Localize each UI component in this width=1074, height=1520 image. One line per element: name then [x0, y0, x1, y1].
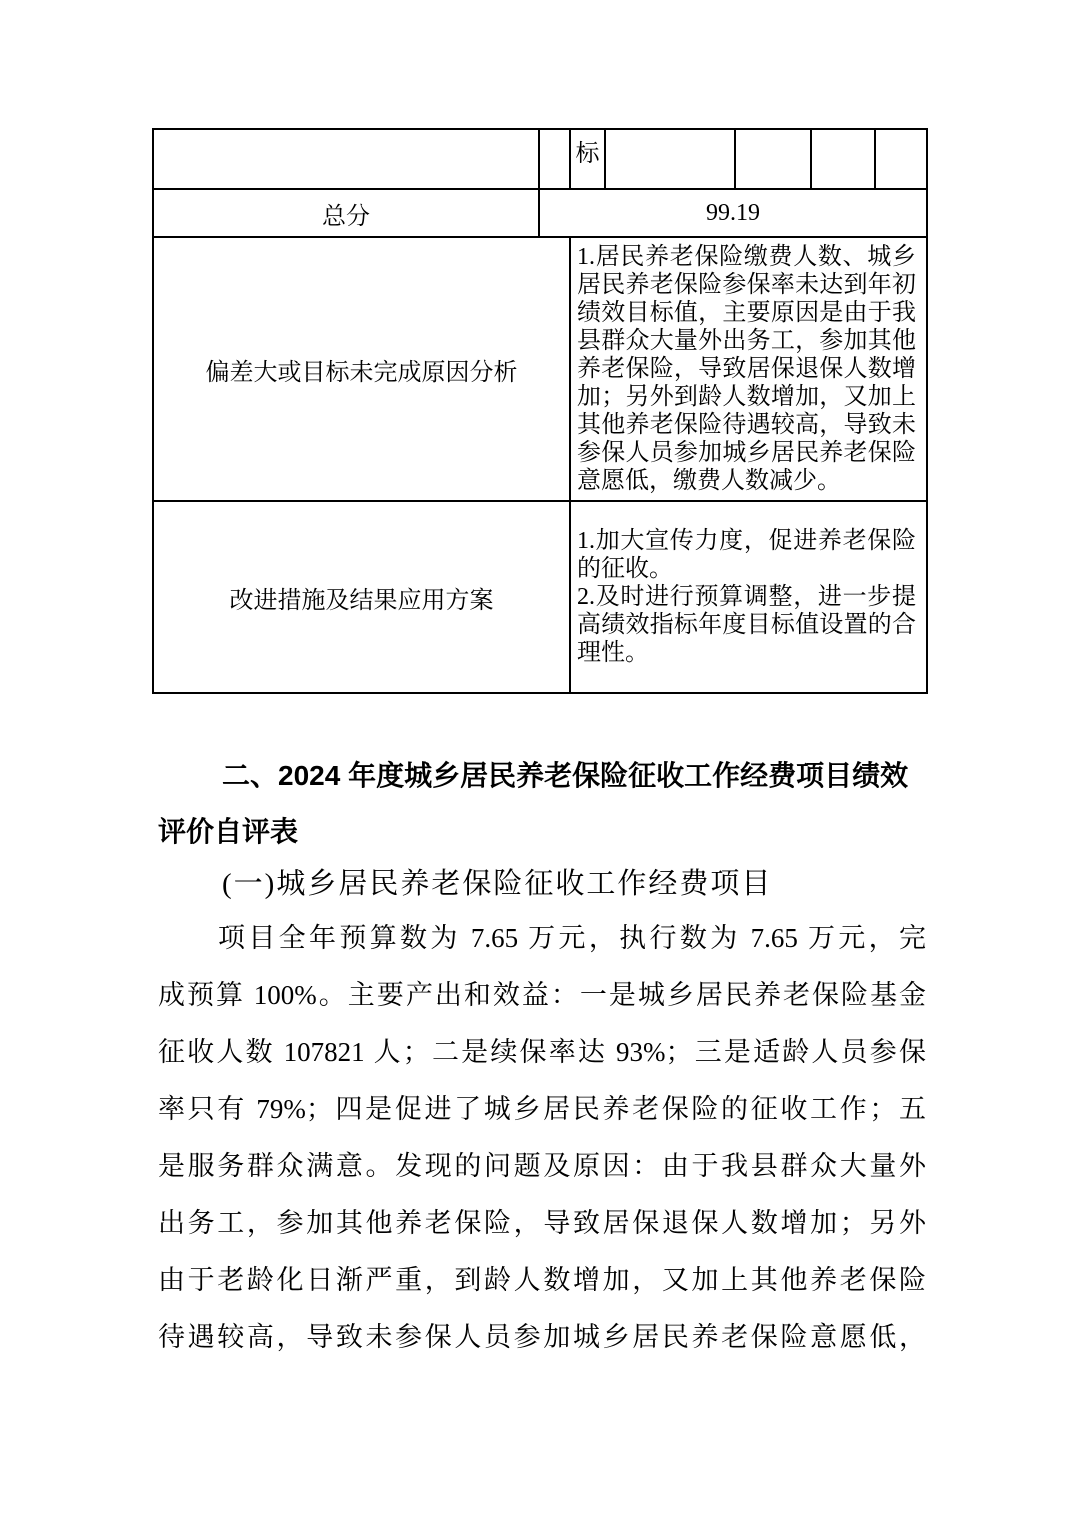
body-line: 是服务群众满意。发现的问题及原因：由于我县群众大量外 — [158, 1138, 926, 1195]
section-subheading: (一)城乡居民养老保险征收工作经费项目 — [158, 856, 926, 912]
partial-cell-1 — [154, 130, 538, 188]
section-heading-line1: 二、2024 年度城乡居民养老保险征收工作经费项目绩效 — [158, 748, 926, 804]
improvement-measures-content: 1.加大宣传力度，促进养老保险的征收。 2.及时进行预算调整，进一步提高绩效指标… — [569, 502, 926, 692]
body-paragraph: 项目全年预算数为 7.65 万元，执行数为 7.65 万元，完 成预算 100%… — [158, 910, 926, 1366]
partial-cell-6 — [810, 130, 874, 188]
body-line: 出务工，参加其他养老保险，导致居保退保人数增加；另外 — [158, 1195, 926, 1252]
table-row-deviation-analysis: 偏差大或目标未完成原因分析 1.居民养老保险缴费人数、城乡居民养老保险参保率未达… — [154, 236, 926, 500]
improvement-item-2: 2.及时进行预算调整，进一步提高绩效指标年度目标值设置的合理性。 — [577, 583, 916, 667]
body-line: 待遇较高，导致未参保人员参加城乡居民养老保险意愿低， — [158, 1309, 926, 1366]
total-score-label: 总分 — [154, 190, 538, 236]
body-line: 项目全年预算数为 7.65 万元，执行数为 7.65 万元，完 — [158, 910, 926, 967]
total-score-value: 99.19 — [538, 190, 926, 236]
body-line: 由于老龄化日渐严重，到龄人数增加，又加上其他养老保险 — [158, 1252, 926, 1309]
deviation-analysis-content: 1.居民养老保险缴费人数、城乡居民养老保险参保率未达到年初绩效目标值，主要原因是… — [569, 238, 926, 500]
document-page: 标 总分 99.19 偏差大或目标未完成原因分析 1.居民养老保险缴费人数、城乡… — [0, 0, 1074, 1520]
section-heading-line2: 评价自评表 — [158, 804, 926, 860]
partial-cell-5 — [734, 130, 810, 188]
improvement-measures-label: 改进措施及结果应用方案 — [154, 502, 569, 692]
table-row-partial-header: 标 — [154, 130, 926, 188]
body-line: 征收人数 107821 人；二是续保率达 93%；三是适龄人员参保 — [158, 1024, 926, 1081]
body-line: 成预算 100%。主要产出和效益：一是城乡居民养老保险基金 — [158, 967, 926, 1024]
deviation-analysis-label: 偏差大或目标未完成原因分析 — [154, 238, 569, 500]
improvement-item-1: 1.加大宣传力度，促进养老保险的征收。 — [577, 527, 916, 583]
partial-cell-biao: 标 — [569, 130, 604, 188]
table-row-improvement-measures: 改进措施及结果应用方案 1.加大宣传力度，促进养老保险的征收。 2.及时进行预算… — [154, 500, 926, 692]
partial-cell-7 — [874, 130, 926, 188]
partial-cell-2 — [538, 130, 569, 188]
body-line: 率只有 79%；四是促进了城乡居民养老保险的征收工作；五 — [158, 1081, 926, 1138]
section-heading: 二、2024 年度城乡居民养老保险征收工作经费项目绩效 评价自评表 — [158, 748, 926, 860]
performance-summary-table: 标 总分 99.19 偏差大或目标未完成原因分析 1.居民养老保险缴费人数、城乡… — [152, 128, 928, 694]
partial-cell-4 — [604, 130, 734, 188]
table-row-total-score: 总分 99.19 — [154, 188, 926, 236]
